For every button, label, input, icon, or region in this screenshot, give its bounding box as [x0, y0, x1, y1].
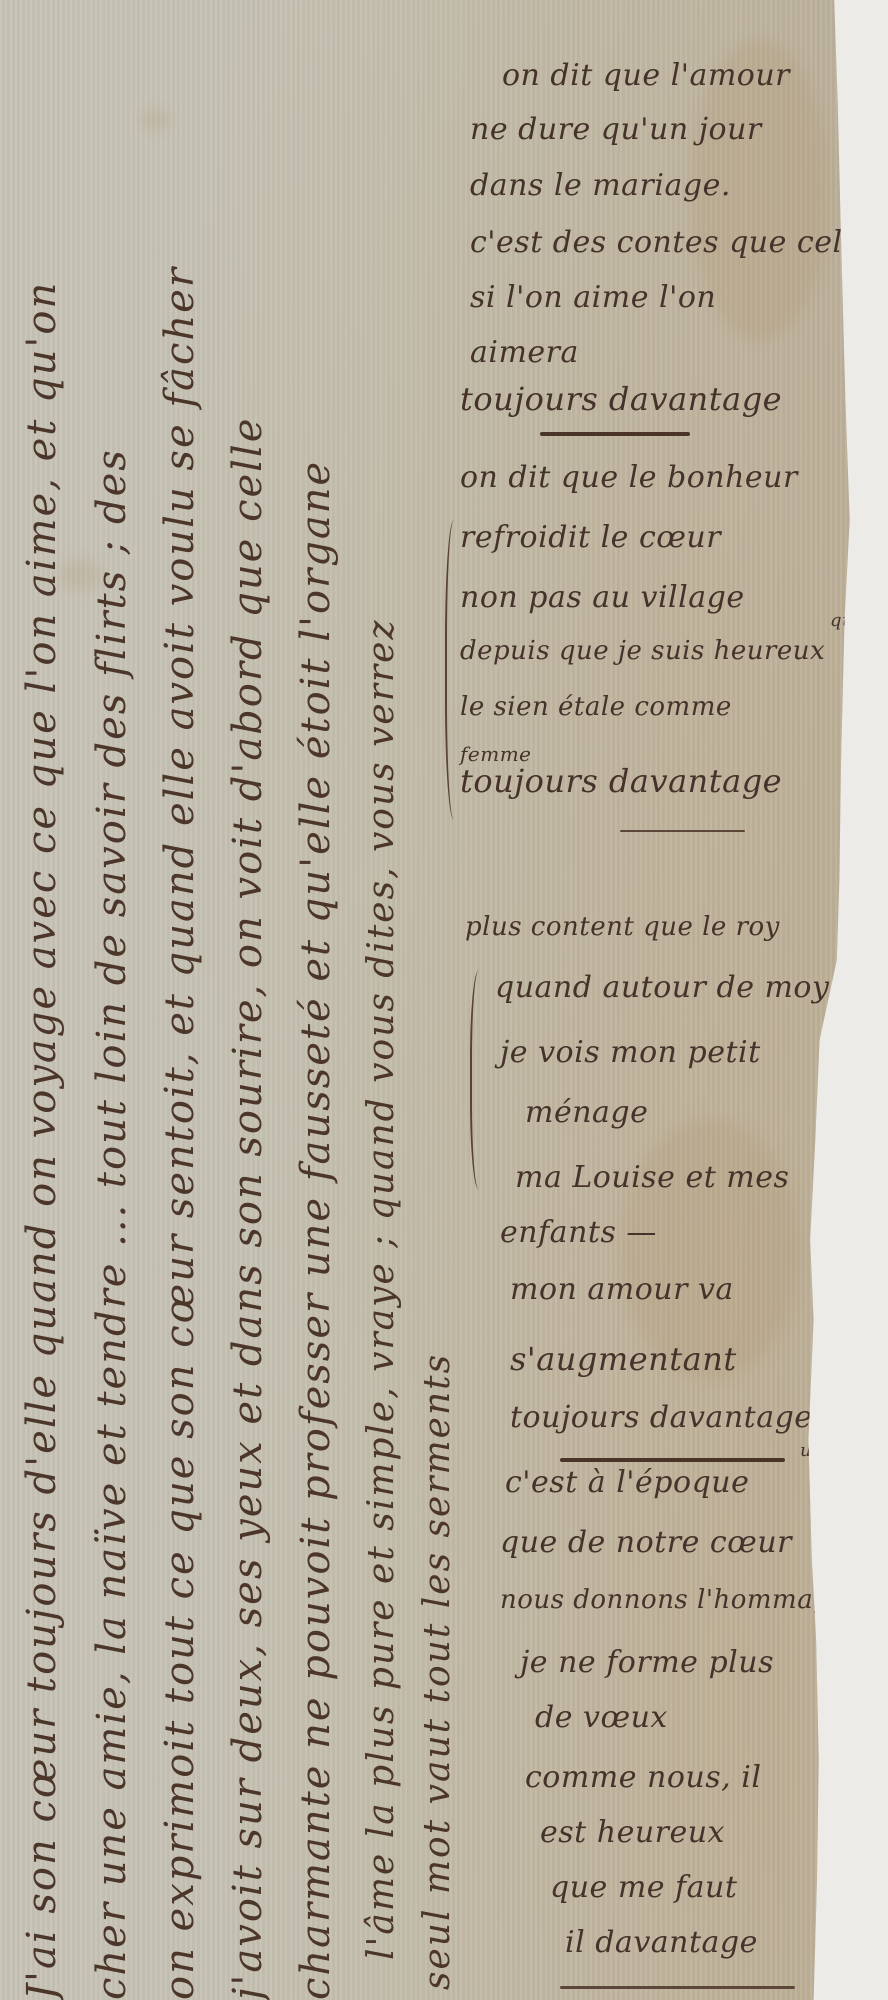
interlinear-word: un: [800, 1440, 824, 1461]
vertical-column-7: seul mot vaut tout les serments: [420, 1353, 456, 1990]
manuscript-page: J'ai son cœur toujours d'elle quand on v…: [0, 0, 860, 2000]
section-divider: [620, 830, 745, 832]
interlinear-word: que: [830, 610, 865, 631]
poem-line: ne dure qu'un jour: [470, 112, 762, 147]
poem-line: quand autour de moy: [495, 970, 829, 1005]
vertical-column-5: charmante ne pouvoit professer une fauss…: [296, 460, 336, 2000]
poem-line: aimera: [470, 335, 579, 370]
foxing-stain: [140, 110, 170, 130]
poem-line: si l'on aime l'on: [470, 280, 716, 315]
poem-line: comme nous, il: [525, 1760, 761, 1795]
poem-line: ma Louise et mes: [515, 1160, 789, 1195]
section-divider: [560, 1458, 785, 1462]
poem-line: de vœux: [535, 1700, 668, 1735]
vertical-column-4: j'avoit sur deux, ses yeux et dans son s…: [228, 417, 268, 2000]
poem-line: c'est à l'époque: [505, 1465, 749, 1500]
poem-line: on dit que l'amour: [502, 58, 790, 93]
poem-line: c'est des contes que cela: [470, 225, 861, 260]
poem-line: refroidit le cœur: [460, 520, 721, 555]
poem-line: mon amour va: [510, 1272, 734, 1307]
vertical-column-3: on exprimoit tout ce que son cœur sentoi…: [160, 266, 200, 2000]
poem-refrain: toujours davantage: [460, 762, 782, 800]
poem-line: plus content que le roy: [465, 912, 780, 942]
poem-line: ménage: [525, 1095, 648, 1130]
section-divider: [560, 1986, 795, 1989]
poem-refrain: toujours davantage: [460, 380, 782, 418]
poem-line: je vois mon petit: [500, 1035, 761, 1070]
poem-line: dans le mariage.: [470, 168, 731, 203]
poem-line: on dit que le bonheur: [460, 460, 798, 495]
poem-line: enfants —: [500, 1215, 657, 1250]
poem-line: nous donnons l'hommage: [500, 1585, 846, 1615]
section-divider: [540, 432, 690, 436]
vertical-column-1: J'ai son cœur toujours d'elle quand on v…: [22, 281, 62, 2000]
poem-line: que de notre cœur: [500, 1525, 792, 1560]
poem-line: le sien étale comme: [460, 692, 732, 722]
poem-refrain: toujours davantage: [510, 1400, 813, 1435]
poem-line: est heureux: [540, 1815, 725, 1850]
margin-bracket: [470, 970, 492, 1190]
poem-line: que me faut: [550, 1870, 737, 1905]
poem-line: depuis que je suis heureux: [460, 636, 825, 666]
poem-line: s'augmentant: [510, 1340, 737, 1378]
vertical-column-6: l'âme la plus pure et simple, vraye ; qu…: [364, 619, 400, 1960]
poem-refrain: il davantage: [565, 1925, 758, 1960]
vertical-column-2: cher une amie, la naïve et tendre ... to…: [92, 448, 132, 2000]
poem-line: je ne forme plus: [520, 1645, 774, 1680]
poem-line: non pas au village: [460, 580, 745, 615]
